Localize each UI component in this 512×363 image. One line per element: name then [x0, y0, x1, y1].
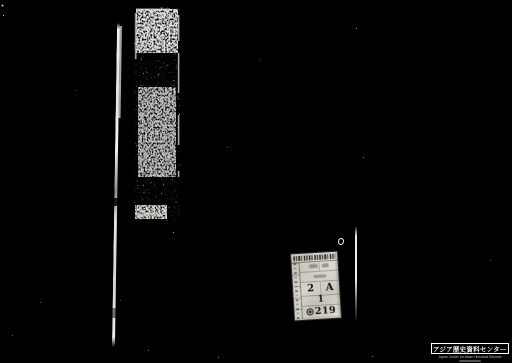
call-number-label: 2 A 1 219: [290, 251, 342, 322]
label-number: 219: [315, 305, 337, 317]
spine-highlight-upper: [357, 36, 359, 129]
jacar-watermark: アジア歴史資料センター Japan Center for Asian Histo…: [429, 343, 511, 362]
film-grain-texture: [0, 0, 512, 363]
jacar-watermark-subtitle: Japan Center for Asian Historical Record…: [438, 356, 501, 357]
jacar-watermark-url-smudge: [459, 360, 481, 362]
cover-edge-line: [112, 23, 126, 347]
dust-specks: [0, 0, 1, 1]
spine-highlight-lower: [355, 227, 357, 321]
label-grid: 2 A 1 219: [291, 259, 340, 319]
circled-kanji-stamp-icon: [307, 309, 314, 316]
handwriting-smudge: [322, 264, 329, 268]
jacar-watermark-box: アジア歴史資料センター: [431, 343, 509, 354]
scanned-book-cover-page: 2 A 1 219 アジア歴史資料センター Japan Center for A…: [0, 0, 512, 363]
handwriting-smudge: [309, 264, 318, 269]
label-class-digit: 2: [301, 282, 321, 296]
label-class-letter: A: [320, 280, 340, 294]
handwriting-smudge: [313, 274, 326, 278]
worn-title-strip: [134, 7, 180, 221]
cover-edge-line-right: [117, 93, 123, 347]
jacar-watermark-title: アジア歴史資料センター: [433, 344, 507, 354]
small-ring-mark: [337, 237, 345, 245]
label-volume: 1: [317, 295, 324, 305]
label-number-row: 219: [302, 304, 341, 318]
